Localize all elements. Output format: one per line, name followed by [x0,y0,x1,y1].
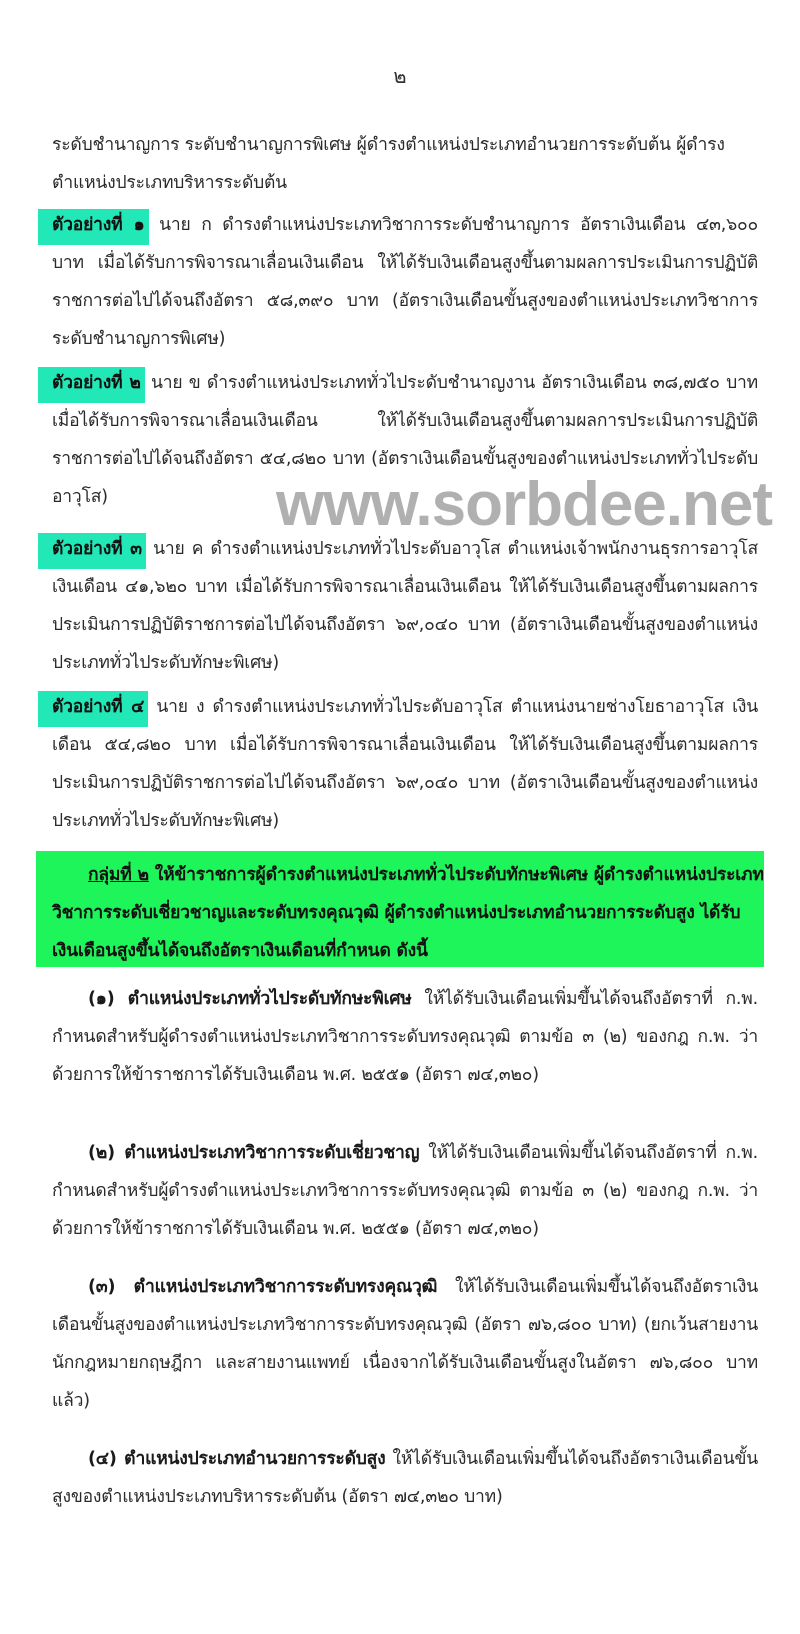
page-number: ๒ [0,60,800,92]
document-page: ๒ ระดับชำนาญการ ระดับชำนาญการพิเศษ ผู้ดำ… [0,0,800,1634]
example-4-tag: ตัวอย่างที่ ๔ [38,691,148,727]
intro-line-2: ตำแหน่งประเภทบริหารระดับต้น [52,173,287,193]
item-1-head: (๑) ตำแหน่งประเภททั่วไประดับทักษะพิเศษ [88,989,412,1009]
example-4: ตัวอย่างที่ ๔ นาย ง ดำรงตำแหน่งประเภททั่… [52,688,758,840]
group-2-paragraph: กลุ่มที่ ๒ ให้ข้าราชการผู้ดำรงตำแหน่งประ… [52,856,764,970]
example-1-tag: ตัวอย่างที่ ๑ [38,209,149,245]
example-2-tag: ตัวอย่างที่ ๒ [38,367,145,403]
example-3-tag: ตัวอย่างที่ ๓ [38,533,146,569]
intro-line-1: ระดับชำนาญการ ระดับชำนาญการพิเศษ ผู้ดำรง… [52,135,725,155]
item-3-text: ให้ได้รับเงินเดือนเพิ่มขึ้นได้จนถึงอัตรา… [52,1277,758,1411]
item-2: (๒) ตำแหน่งประเภทวิชาการระดับเชี่ยวชาญ ใ… [52,1134,758,1248]
example-3-text: นาย ค ดำรงตำแหน่งประเภททั่วไประดับอาวุโส… [52,539,758,673]
item-4: (๔) ตำแหน่งประเภทอำนวยการระดับสูง ให้ได้… [52,1440,758,1516]
example-1: ตัวอย่างที่ ๑ นาย ก ดำรงตำแหน่งประเภทวิช… [52,206,758,358]
item-3: (๓) ตำแหน่งประเภทวิชาการระดับทรงคุณวุฒิ … [52,1268,758,1420]
item-4-head: (๔) ตำแหน่งประเภทอำนวยการระดับสูง [88,1449,386,1469]
intro-paragraph: ระดับชำนาญการ ระดับชำนาญการพิเศษ ผู้ดำรง… [52,126,758,202]
item-3-head: (๓) ตำแหน่งประเภทวิชาการระดับทรงคุณวุฒิ [88,1277,437,1297]
example-1-text: นาย ก ดำรงตำแหน่งประเภทวิชาการระดับชำนาญ… [52,215,758,349]
example-3: ตัวอย่างที่ ๓ นาย ค ดำรงตำแหน่งประเภททั่… [52,530,758,682]
item-2-head: (๒) ตำแหน่งประเภทวิชาการระดับเชี่ยวชาญ [88,1143,419,1163]
group-2-text: ให้ข้าราชการผู้ดำรงตำแหน่งประเภททั่วไประ… [52,865,764,961]
group-2-label: กลุ่มที่ ๒ [88,865,149,885]
example-4-text: นาย ง ดำรงตำแหน่งประเภททั่วไประดับอาวุโส… [52,697,758,831]
item-1: (๑) ตำแหน่งประเภททั่วไประดับทักษะพิเศษ ใ… [52,980,758,1094]
